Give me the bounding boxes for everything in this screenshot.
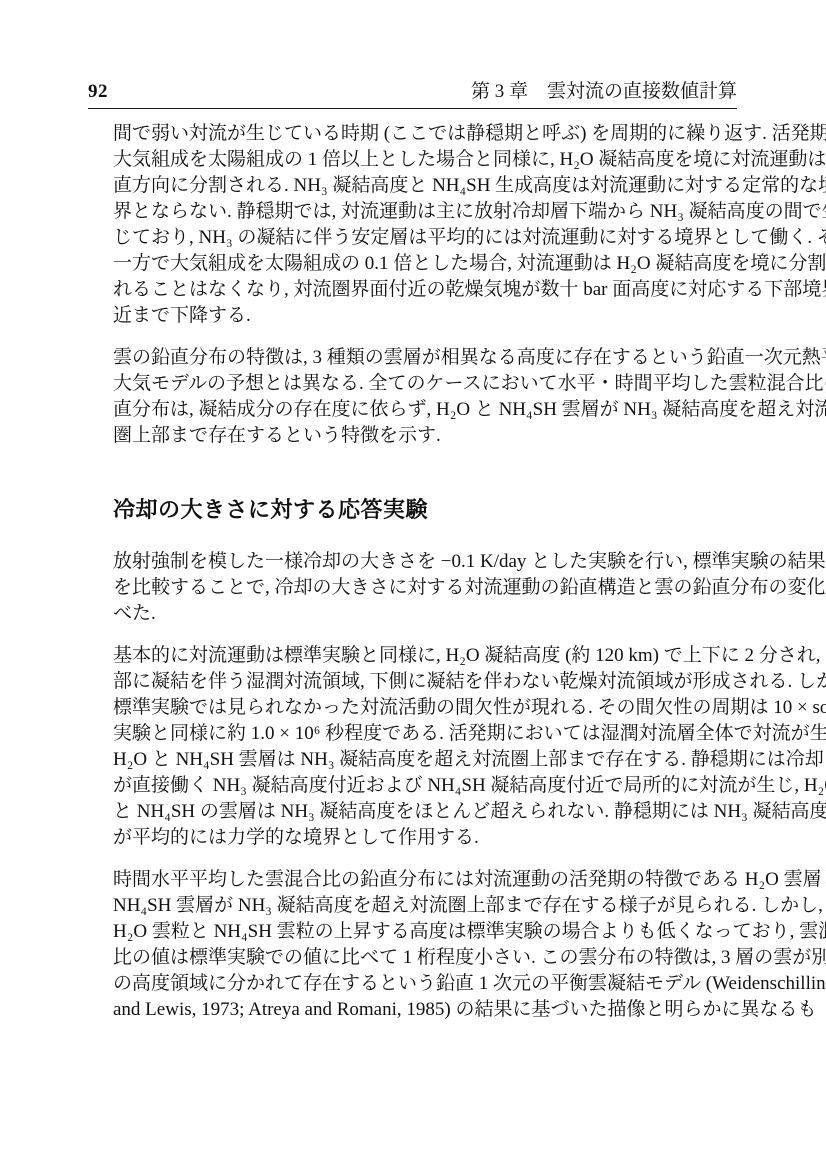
text-line: 放射強制を模した一様冷却の大きさを −0.1 K/day とした実験を行い, 標…	[113, 549, 725, 575]
text-line: れることはなくなり, 対流圏界面付近の乾燥気塊が数十 bar 面高度に対応する下…	[113, 277, 725, 303]
text-line: 圏上部まで存在するという特徴を示す.	[113, 423, 725, 449]
text-line: 直方向に分割される. NH₃ 凝結高度と NH₄SH 生成高度は対流運動に対する…	[113, 173, 725, 199]
paragraph: 時間水平平均した雲混合比の鉛直分布には対流運動の活発期の特徴である H₂O 雲層…	[113, 867, 725, 1023]
text-line: の高度領域に分かれて存在するという鉛直 1 次元の平衡雲凝結モデル (Weide…	[113, 971, 725, 997]
text-line: 雲の鉛直分布の特徴は, 3 種類の雲層が相異なる高度に存在するという鉛直一次元熱…	[113, 345, 725, 371]
chapter-header-title: 第 3 章 雲対流の直接数値計算	[471, 76, 737, 103]
thesis-page: 92 第 3 章 雲対流の直接数値計算 間で弱い対流が生じている時期 (ここでは…	[0, 0, 826, 1169]
text-line: H₂O と NH₄SH 雲層は NH₃ 凝結高度を超え対流圏上部まで存在する. …	[113, 747, 725, 773]
paragraph: 雲の鉛直分布の特徴は, 3 種類の雲層が相異なる高度に存在するという鉛直一次元熱…	[113, 345, 725, 449]
text-line: and Lewis, 1973; Atreya and Romani, 1985…	[113, 997, 725, 1023]
text-line: 比の値は標準実験での値に比べて 1 桁程度小さい. この雲分布の特徴は, 3 層…	[113, 945, 725, 971]
text-line: 界とならない. 静穏期では, 対流運動は主に放射冷却層下端から NH₃ 凝結高度…	[113, 199, 725, 225]
document-body: 間で弱い対流が生じている時期 (ここでは静穏期と呼ぶ) を周期的に繰り返す. 活…	[113, 121, 725, 1039]
text-line: NH₄SH 雲層が NH₃ 凝結高度を超え対流圏上部まで存在する様子が見られる.…	[113, 893, 725, 919]
text-line: 時間水平平均した雲混合比の鉛直分布には対流運動の活発期の特徴である H₂O 雲層…	[113, 867, 725, 893]
paragraph: 基本的に対流運動は標準実験と同様に, H₂O 凝結高度 (約 120 km) で…	[113, 643, 725, 851]
text-line: 部に凝結を伴う湿潤対流領域, 下側に凝結を伴わない乾燥対流領域が形成される. し…	[113, 669, 725, 695]
text-line: 近まで下降する.	[113, 303, 725, 329]
text-line: が直接働く NH₃ 凝結高度付近および NH₄SH 凝結高度付近で局所的に対流が…	[113, 773, 725, 799]
running-header: 92 第 3 章 雲対流の直接数値計算	[88, 76, 737, 109]
paragraph: 間で弱い対流が生じている時期 (ここでは静穏期と呼ぶ) を周期的に繰り返す. 活…	[113, 121, 725, 329]
text-line: 直分布は, 凝結成分の存在度に依らず, H₂O と NH₄SH 雲層が NH₃ …	[113, 397, 725, 423]
text-line: じており, NH₃ の凝結に伴う安定層は平均的には対流運動に対する境界として働く…	[113, 225, 725, 251]
text-line: 実験と同様に約 1.0 × 10⁶ 秒程度である. 活発期においては湿潤対流層全…	[113, 721, 725, 747]
text-line: 大気モデルの予想とは異なる. 全てのケースにおいて水平・時間平均した雲粒混合比の…	[113, 371, 725, 397]
page-number: 92	[88, 81, 108, 103]
text-line: を比較することで, 冷却の大きさに対する対流運動の鉛直構造と雲の鉛直分布の変化を…	[113, 575, 725, 601]
text-line: 間で弱い対流が生じている時期 (ここでは静穏期と呼ぶ) を周期的に繰り返す. 活…	[113, 121, 725, 147]
paragraph: 放射強制を模した一様冷却の大きさを −0.1 K/day とした実験を行い, 標…	[113, 549, 725, 627]
text-line: 大気組成を太陽組成の 1 倍以上とした場合と同様に, H₂O 凝結高度を境に対流…	[113, 147, 725, 173]
text-line: 一方で大気組成を太陽組成の 0.1 倍とした場合, 対流運動は H₂O 凝結高度…	[113, 251, 725, 277]
text-line: と NH₄SH の雲層は NH₃ 凝結高度をほとんど超えられない. 静穏期には …	[113, 799, 725, 825]
text-line: H₂O 雲粒と NH₄SH 雲粒の上昇する高度は標準実験の場合よりも低くなってお…	[113, 919, 725, 945]
text-line: が平均的には力学的な境界として作用する.	[113, 825, 725, 851]
text-line: べた.	[113, 601, 725, 627]
text-line: 標準実験では見られなかった対流活動の間欠性が現れる. その間欠性の周期は 10 …	[113, 695, 725, 721]
text-line: 基本的に対流運動は標準実験と同様に, H₂O 凝結高度 (約 120 km) で…	[113, 643, 725, 669]
section-heading: 冷却の大きさに対する応答実験	[113, 495, 725, 525]
